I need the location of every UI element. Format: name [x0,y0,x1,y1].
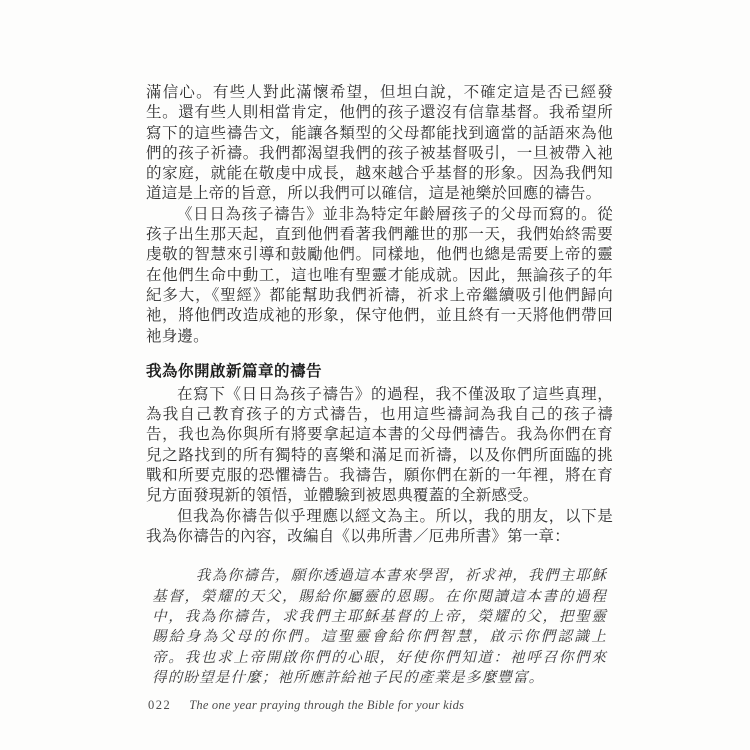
section-heading: 我為你開啟新篇章的禱告 [146,361,613,383]
page-number: 022 [148,698,171,713]
book-page: 滿信心。有些人對此滿懷希望，但坦白說，不確定這是否已經發生。還有些人則相當肯定，… [0,0,750,750]
paragraph-author-prayer: 在寫下《日日為孩子禱告》的過程，我不僅汲取了這些真理，為我自己教育孩子的方式禱告… [146,385,613,507]
page-footer: 022 The one year praying through the Bib… [148,698,464,713]
paragraph-about-book-audience: 《日日為孩子禱告》並非為特定年齡層孩子的父母而寫的。從孩子出生那天起，直到他們看… [146,205,613,347]
scripture-quote: 我為你禱告，願你透過這本書來學習，祈求神，我們主耶穌基督，榮耀的天父，賜給你屬靈… [152,566,607,688]
paragraph-scripture-intro: 但我為你禱告似乎理應以經文為主。所以，我的朋友，以下是我為你禱告的內容，改編自《… [146,507,613,548]
paragraph-continuation: 滿信心。有些人對此滿懷希望，但坦白說，不確定這是否已經發生。還有些人則相當肯定，… [146,83,613,205]
running-title: The one year praying through the Bible f… [189,698,464,713]
page-content: 滿信心。有些人對此滿懷希望，但坦白說，不確定這是否已經發生。還有些人則相當肯定，… [146,83,613,689]
